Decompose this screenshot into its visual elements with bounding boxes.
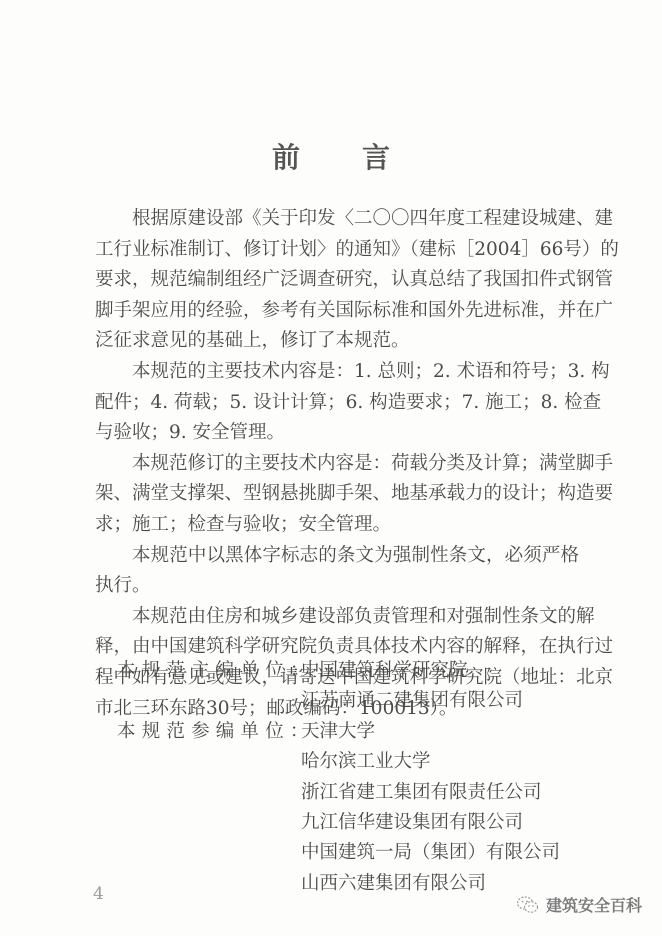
paragraph-3-line-2: 架、满堂支撑架、型钢悬挑脚手架、地基承载力的设计；构造要 bbox=[95, 479, 579, 510]
preface-body: 根据原建设部《关于印发〈二〇〇四年度工程建设城建、建 工行业标准制订、修订计划〉… bbox=[95, 204, 579, 724]
unit-row-chief-editor: 本规范主编单位： 中国建筑科学研究院 bbox=[95, 656, 560, 686]
unit-value: 中国建筑一局（集团）有限公司 bbox=[301, 838, 560, 868]
unit-value: 哈尔滨工业大学 bbox=[301, 747, 431, 777]
unit-value: 天津大学 bbox=[301, 717, 375, 747]
title-char-1: 前 bbox=[272, 141, 300, 174]
paragraph-1-line-1: 根据原建设部《关于印发〈二〇〇四年度工程建设城建、建 bbox=[95, 204, 579, 235]
paragraph-1-line-3: 要求，规范编制组经广泛调查研究，认真总结了我国扣件式钢管 bbox=[95, 265, 579, 296]
unit-row-participating: 本规范参编单位： 天津大学 bbox=[95, 717, 560, 747]
page-title: 前言 bbox=[0, 136, 662, 176]
unit-row: 山西六建集团有限公司 bbox=[95, 869, 560, 899]
unit-value: 浙江省建工集团有限责任公司 bbox=[301, 778, 542, 808]
unit-row: 九江信华建设集团有限公司 bbox=[95, 808, 560, 838]
unit-row: 江苏南通二建集团有限公司 bbox=[95, 686, 560, 716]
unit-label bbox=[95, 747, 301, 777]
unit-row: 哈尔滨工业大学 bbox=[95, 747, 560, 777]
paragraph-1-line-5: 泛征求意见的基础上，修订了本规范。 bbox=[95, 326, 579, 357]
unit-label bbox=[95, 778, 301, 808]
unit-label bbox=[95, 838, 301, 868]
wechat-icon bbox=[516, 895, 540, 915]
unit-row: 浙江省建工集团有限责任公司 bbox=[95, 778, 560, 808]
paragraph-3-line-3: 求；施工；检查与验收；安全管理。 bbox=[95, 510, 579, 541]
unit-value: 山西六建集团有限公司 bbox=[301, 869, 486, 899]
unit-label: 本规范主编单位： bbox=[95, 656, 301, 686]
unit-value: 中国建筑科学研究院 bbox=[301, 656, 468, 686]
paragraph-3-line-1: 本规范修订的主要技术内容是：荷载分类及计算；满堂脚手 bbox=[95, 449, 579, 480]
unit-label: 本规范参编单位： bbox=[95, 717, 301, 747]
paragraph-4-line-1: 本规范中以黑体字标志的条文为强制性条文，必须严格 bbox=[95, 541, 579, 572]
unit-row: 中国建筑一局（集团）有限公司 bbox=[95, 838, 560, 868]
paragraph-2-line-3: 与验收；9. 安全管理。 bbox=[95, 418, 579, 449]
unit-value: 九江信华建设集团有限公司 bbox=[301, 808, 523, 838]
watermark: 建筑安全百科 bbox=[516, 893, 642, 916]
compiling-units: 本规范主编单位： 中国建筑科学研究院 江苏南通二建集团有限公司 本规范参编单位：… bbox=[95, 656, 560, 899]
unit-label bbox=[95, 686, 301, 716]
unit-value: 江苏南通二建集团有限公司 bbox=[301, 686, 523, 716]
unit-label bbox=[95, 808, 301, 838]
paragraph-1-line-2: 工行业标准制订、修订计划〉的通知》（建标［2004］66号）的 bbox=[95, 235, 579, 266]
watermark-text: 建筑安全百科 bbox=[546, 893, 642, 916]
title-char-2: 言 bbox=[362, 141, 390, 174]
paragraph-5-line-1: 本规范由住房和城乡建设部负责管理和对强制性条文的解 bbox=[95, 602, 579, 633]
page-number: 4 bbox=[93, 884, 104, 904]
paragraph-1-line-4: 脚手架应用的经验，参考有关国际标准和国外先进标准，并在广 bbox=[95, 296, 579, 327]
paragraph-4-line-2: 执行。 bbox=[95, 571, 579, 602]
paragraph-2-line-1: 本规范的主要技术内容是：1. 总则；2. 术语和符号；3. 构 bbox=[95, 357, 579, 388]
unit-label bbox=[95, 869, 301, 899]
paragraph-2-line-2: 配件；4. 荷载；5. 设计计算；6. 构造要求；7. 施工；8. 检查 bbox=[95, 388, 579, 419]
